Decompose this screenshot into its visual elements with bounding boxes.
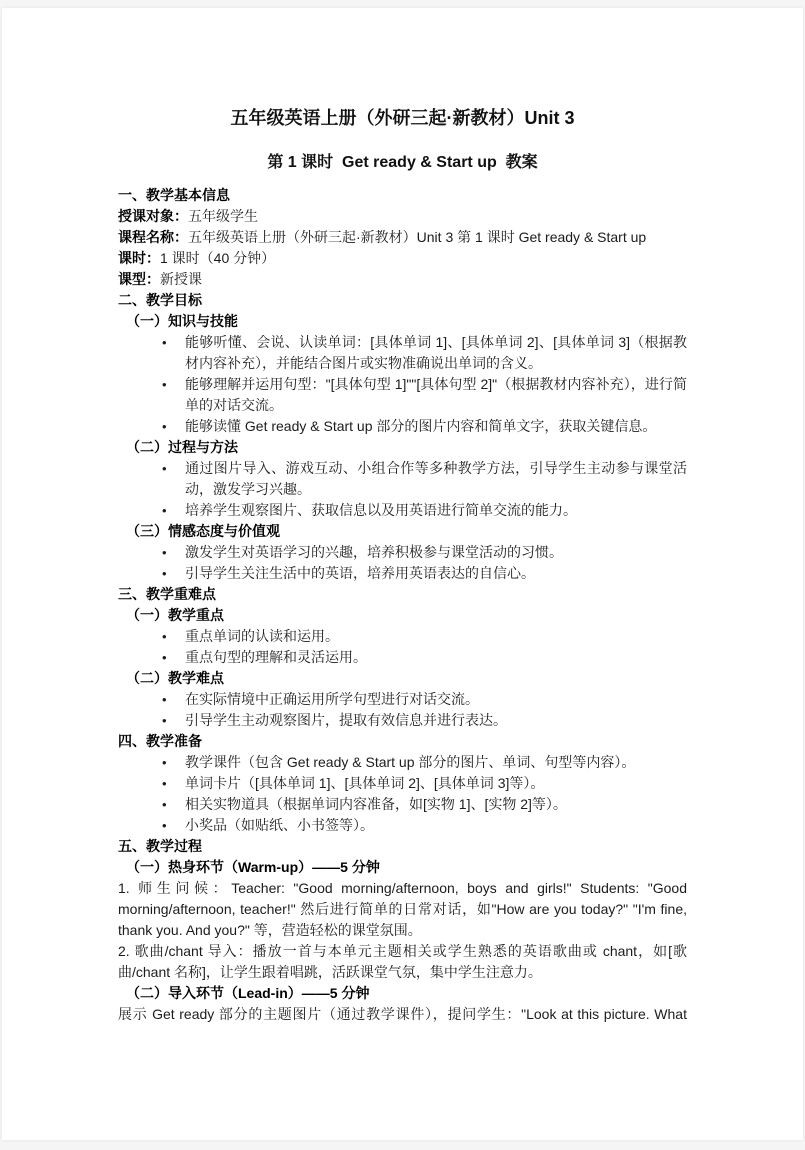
bullet-text: 引导学生关注生活中的英语，培养用英语表达的自信心。 (185, 565, 535, 581)
bullet-dot-icon: • (162, 815, 167, 836)
bullet-text: 通过图片导入、游戏互动、小组合作等多种教学方法，引导学生主动参与课堂活动，激发学… (185, 460, 687, 497)
bullet-text: 能够理解并运用句型："[具体句型 1]""[具体句型 2]"（根据教材内容补充）… (185, 376, 687, 413)
paragraph-warmup-1: 1. 师生问候：Teacher: "Good morning/afternoon… (118, 878, 687, 941)
bullet-item: •培养学生观察图片、获取信息以及用英语进行简单交流的能力。 (118, 500, 687, 521)
bullet-item: •小奖品（如贴纸、小书签等）。 (118, 815, 687, 836)
bullet-item: •能够读懂 Get ready & Start up 部分的图片内容和简单文字，… (118, 416, 687, 437)
field-value: 1 课时（40 分钟） (160, 250, 275, 266)
bullet-dot-icon: • (162, 647, 167, 668)
bullet-item: •相关实物道具（根据单词内容准备，如[实物 1]、[实物 2]等）。 (118, 794, 687, 815)
doc-subtitle: 第 1 课时 Get ready & Start up 教案 (118, 151, 687, 175)
bullet-dot-icon: • (162, 689, 167, 710)
bullet-dot-icon: • (162, 416, 167, 437)
bullet-dot-icon: • (162, 332, 167, 353)
bullet-item: •引导学生关注生活中的英语，培养用英语表达的自信心。 (118, 563, 687, 584)
bullet-item: •通过图片导入、游戏互动、小组合作等多种教学方法，引导学生主动参与课堂活动，激发… (118, 458, 687, 500)
field-label: 授课对象： (118, 208, 188, 224)
subsection-heading-emotion: （三）情感态度与价值观 (118, 521, 687, 542)
section-heading-key-points: 三、教学重难点 (118, 584, 687, 605)
bullet-text: 能够读懂 Get ready & Start up 部分的图片内容和简单文字，获… (185, 418, 656, 434)
field-row-lesson-type: 课型：新授课 (118, 269, 687, 290)
bullet-item: •重点单词的认读和运用。 (118, 626, 687, 647)
bullet-dot-icon: • (162, 710, 167, 731)
bullet-text: 能够听懂、会说、认读单词：[具体单词 1]、[具体单词 2]、[具体单词 3]（… (185, 334, 687, 371)
section-heading-basic-info: 一、教学基本信息 (118, 185, 687, 206)
section-heading-process: 五、教学过程 (118, 836, 687, 857)
bullet-text: 培养学生观察图片、获取信息以及用英语进行简单交流的能力。 (185, 502, 577, 518)
field-label: 课程名称： (118, 229, 188, 245)
bullet-text: 在实际情境中正确运用所学句型进行对话交流。 (185, 691, 479, 707)
document-content: 五年级英语上册（外研三起·新教材）Unit 3 第 1 课时 Get ready… (2, 8, 803, 1025)
bullet-dot-icon: • (162, 500, 167, 521)
field-value: 五年级学生 (188, 208, 258, 224)
subsection-heading-process-method: （二）过程与方法 (118, 437, 687, 458)
bullet-item: •能够听懂、会说、认读单词：[具体单词 1]、[具体单词 2]、[具体单词 3]… (118, 332, 687, 374)
bullet-list-process-method: •通过图片导入、游戏互动、小组合作等多种教学方法，引导学生主动参与课堂活动，激发… (118, 458, 687, 521)
subsection-heading-leadin: （二）导入环节（Lead-in）——5 分钟 (118, 983, 687, 1004)
subsection-heading-focus: （一）教学重点 (118, 605, 687, 626)
bullet-item: •重点句型的理解和灵活运用。 (118, 647, 687, 668)
subsection-heading-warmup: （一）热身环节（Warm-up）——5 分钟 (118, 857, 687, 878)
field-row-course-name: 课程名称：五年级英语上册（外研三起·新教材）Unit 3 第 1 课时 Get … (118, 227, 687, 248)
bullet-text: 重点句型的理解和灵活运用。 (185, 649, 367, 665)
bullet-text: 引导学生主动观察图片，提取有效信息并进行表达。 (185, 712, 507, 728)
bullet-text: 激发学生对英语学习的兴趣，培养积极参与课堂活动的习惯。 (185, 544, 563, 560)
subsection-heading-knowledge: （一）知识与技能 (118, 311, 687, 332)
bullet-dot-icon: • (162, 374, 167, 395)
bullet-item: •能够理解并运用句型："[具体句型 1]""[具体句型 2]"（根据教材内容补充… (118, 374, 687, 416)
bullet-item: •单词卡片（[具体单词 1]、[具体单词 2]、[具体单词 3]等）。 (118, 773, 687, 794)
paragraph-warmup-2: 2. 歌曲/chant 导入：播放一首与本单元主题相关或学生熟悉的英语歌曲或 c… (118, 941, 687, 983)
bullet-list-difficulty: •在实际情境中正确运用所学句型进行对话交流。 •引导学生主动观察图片，提取有效信… (118, 689, 687, 731)
field-value: 新授课 (160, 271, 202, 287)
bullet-item: •激发学生对英语学习的兴趣，培养积极参与课堂活动的习惯。 (118, 542, 687, 563)
bullet-text: 相关实物道具（根据单词内容准备，如[实物 1]、[实物 2]等）。 (185, 796, 567, 812)
bullet-item: •在实际情境中正确运用所学句型进行对话交流。 (118, 689, 687, 710)
bullet-dot-icon: • (162, 752, 167, 773)
bullet-dot-icon: • (162, 773, 167, 794)
section-heading-preparation: 四、教学准备 (118, 731, 687, 752)
bullet-list-emotion: •激发学生对英语学习的兴趣，培养积极参与课堂活动的习惯。 •引导学生关注生活中的… (118, 542, 687, 584)
bullet-dot-icon: • (162, 626, 167, 647)
bullet-item: •教学课件（包含 Get ready & Start up 部分的图片、单词、句… (118, 752, 687, 773)
paragraph-leadin-1: 展示 Get ready 部分的主题图片（通过教学课件），提问学生："Look … (118, 1004, 687, 1025)
bullet-list-focus: •重点单词的认读和运用。 •重点句型的理解和灵活运用。 (118, 626, 687, 668)
bullet-dot-icon: • (162, 563, 167, 584)
bullet-text: 教学课件（包含 Get ready & Start up 部分的图片、单词、句型… (185, 754, 635, 770)
bullet-item: •引导学生主动观察图片，提取有效信息并进行表达。 (118, 710, 687, 731)
bullet-list-preparation: •教学课件（包含 Get ready & Start up 部分的图片、单词、句… (118, 752, 687, 836)
section-heading-objectives: 二、教学目标 (118, 290, 687, 311)
document-page: 五年级英语上册（外研三起·新教材）Unit 3 第 1 课时 Get ready… (2, 8, 803, 1140)
bullet-dot-icon: • (162, 458, 167, 479)
bullet-list-knowledge: •能够听懂、会说、认读单词：[具体单词 1]、[具体单词 2]、[具体单词 3]… (118, 332, 687, 437)
field-value: 五年级英语上册（外研三起·新教材）Unit 3 第 1 课时 Get ready… (188, 229, 646, 245)
bullet-dot-icon: • (162, 794, 167, 815)
doc-title: 五年级英语上册（外研三起·新教材）Unit 3 (118, 105, 687, 131)
bullet-text: 单词卡片（[具体单词 1]、[具体单词 2]、[具体单词 3]等）。 (185, 775, 544, 791)
bullet-text: 重点单词的认读和运用。 (185, 628, 339, 644)
bullet-dot-icon: • (162, 542, 167, 563)
field-row-audience: 授课对象：五年级学生 (118, 206, 687, 227)
bullet-text: 小奖品（如贴纸、小书签等）。 (185, 817, 374, 833)
subsection-heading-difficulty: （二）教学难点 (118, 668, 687, 689)
field-label: 课时： (118, 250, 160, 266)
field-row-periods: 课时：1 课时（40 分钟） (118, 248, 687, 269)
field-label: 课型： (118, 271, 160, 287)
